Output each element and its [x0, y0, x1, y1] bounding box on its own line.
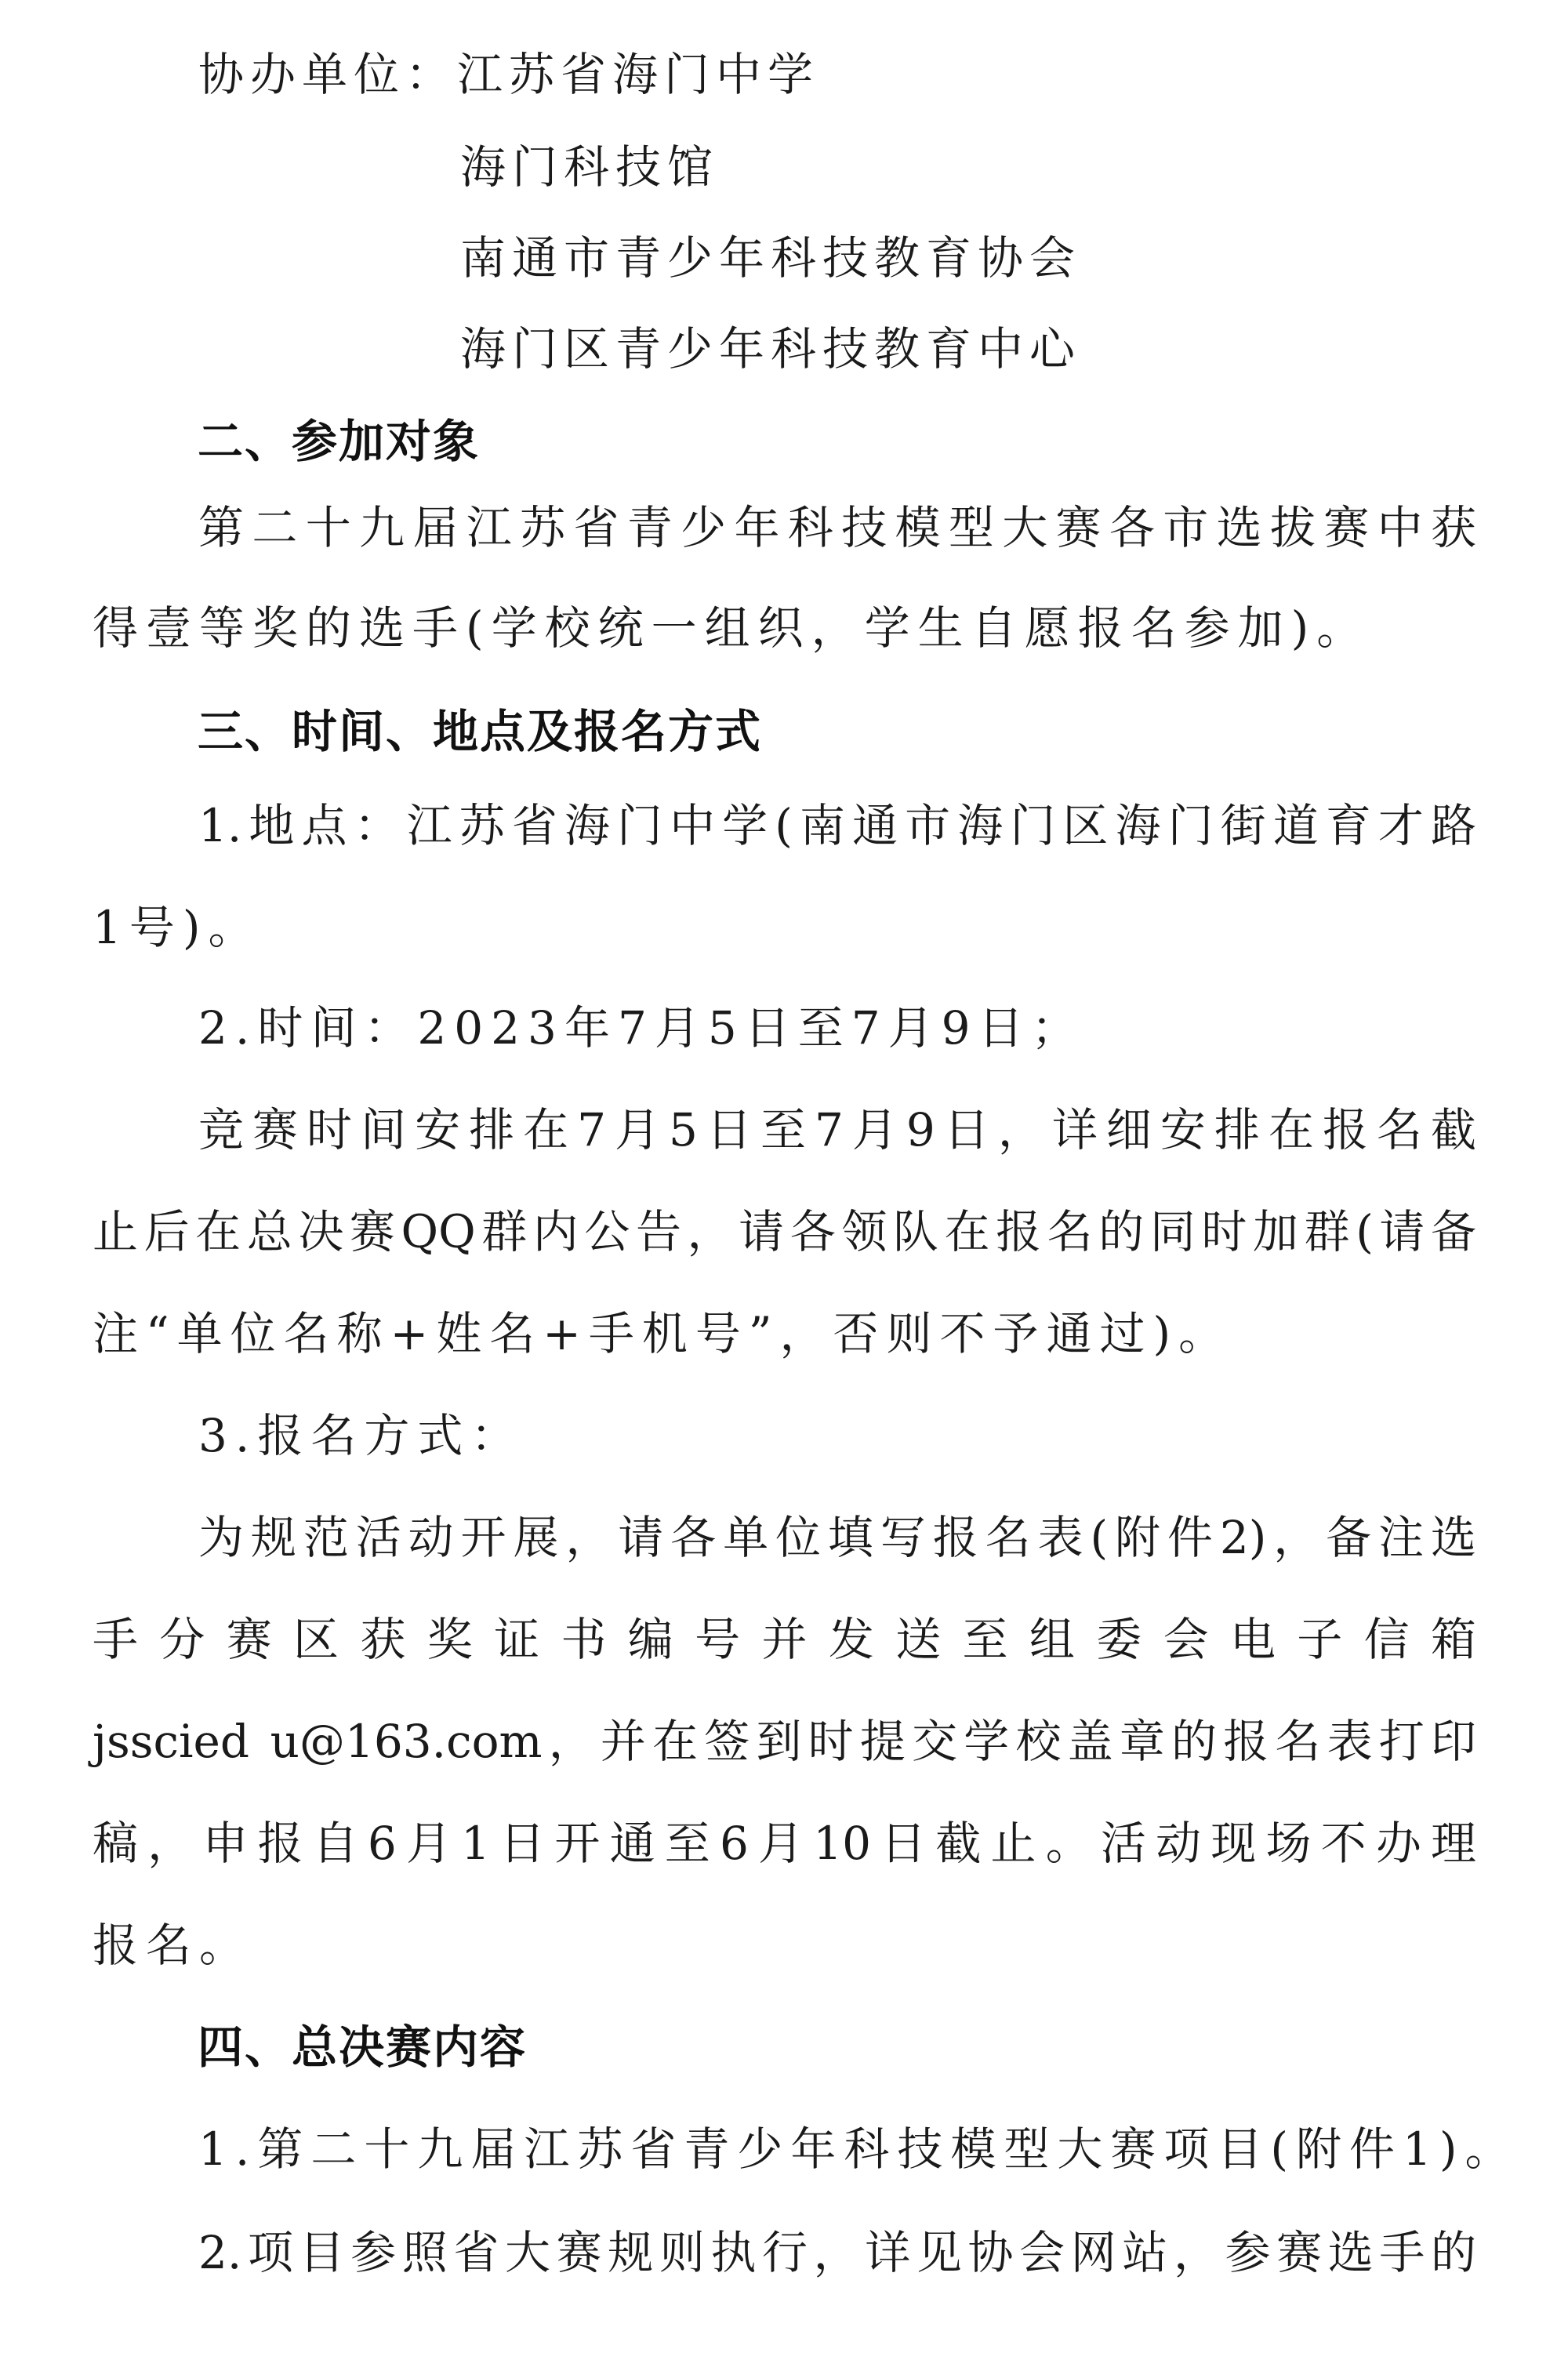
paragraph-line: 2.时间：2023年7月5日至7月9日； [198, 1002, 1085, 1054]
paragraph-line: 2.项目参照省大赛规则执行，详见协会网站，参赛选手的 [198, 2227, 1476, 2278]
paragraph-line: 竞赛时间安排在7月5日至7月9日，详细安排在报名截 [198, 1104, 1476, 1156]
paragraph-line: 1.地点：江苏省海门中学(南通市海门区海门街道育才路 [198, 800, 1476, 851]
section-heading-time-place: 三、时间、地点及报名方式 [198, 706, 762, 757]
co-organizer-item: 海门科技馆 [460, 141, 719, 193]
paragraph-line: 注“单位名称+姓名+手机号”，否则不予通过)。 [93, 1308, 1232, 1360]
paragraph-line: 手分赛区获奖证书编号并发送至组委会电子信箱 [93, 1614, 1476, 1665]
co-organizer-item: 南通市青少年科技教育协会 [460, 232, 1081, 284]
co-organizer-label-text: 协办单位： [198, 48, 457, 101]
paragraph-line: 1.第二十九届江苏省青少年科技模型大赛项目(附件1)。 [198, 2123, 1519, 2175]
section-heading-final-content: 四、总决赛内容 [198, 2021, 527, 2073]
co-organizer-label: 协办单位：江苏省海门中学 [198, 49, 819, 100]
email-line: jsscied u@163.com，并在签到时提交学校盖章的报名表打印 [93, 1716, 1476, 1767]
paragraph-line: 报名。 [93, 1919, 252, 1971]
co-organizer-item: 江苏省海门中学 [457, 48, 819, 101]
paragraph-line: 1号)。 [93, 902, 262, 953]
paragraph-line: 3.报名方式： [198, 1410, 524, 1461]
paragraph-line: 第二十九届江苏省青少年科技模型大赛各市选拔赛中获 [198, 502, 1476, 554]
paragraph-line: 得壹等奖的选手(学校统一组织，学生自愿报名参加)。 [93, 602, 1370, 654]
paragraph-line: 为规范活动开展，请各单位填写报名表(附件2)，备注选 [198, 1512, 1476, 1563]
paragraph-line: 止后在总决赛QQ群内公告，请各领队在报名的同时加群(请备 [93, 1206, 1476, 1258]
section-heading-participants: 二、参加对象 [198, 416, 480, 467]
co-organizer-item: 海门区青少年科技教育中心 [460, 323, 1081, 375]
paragraph-line: 稿，申报自6月1日开通至6月10日截止。活动现场不办理 [93, 1817, 1476, 1869]
